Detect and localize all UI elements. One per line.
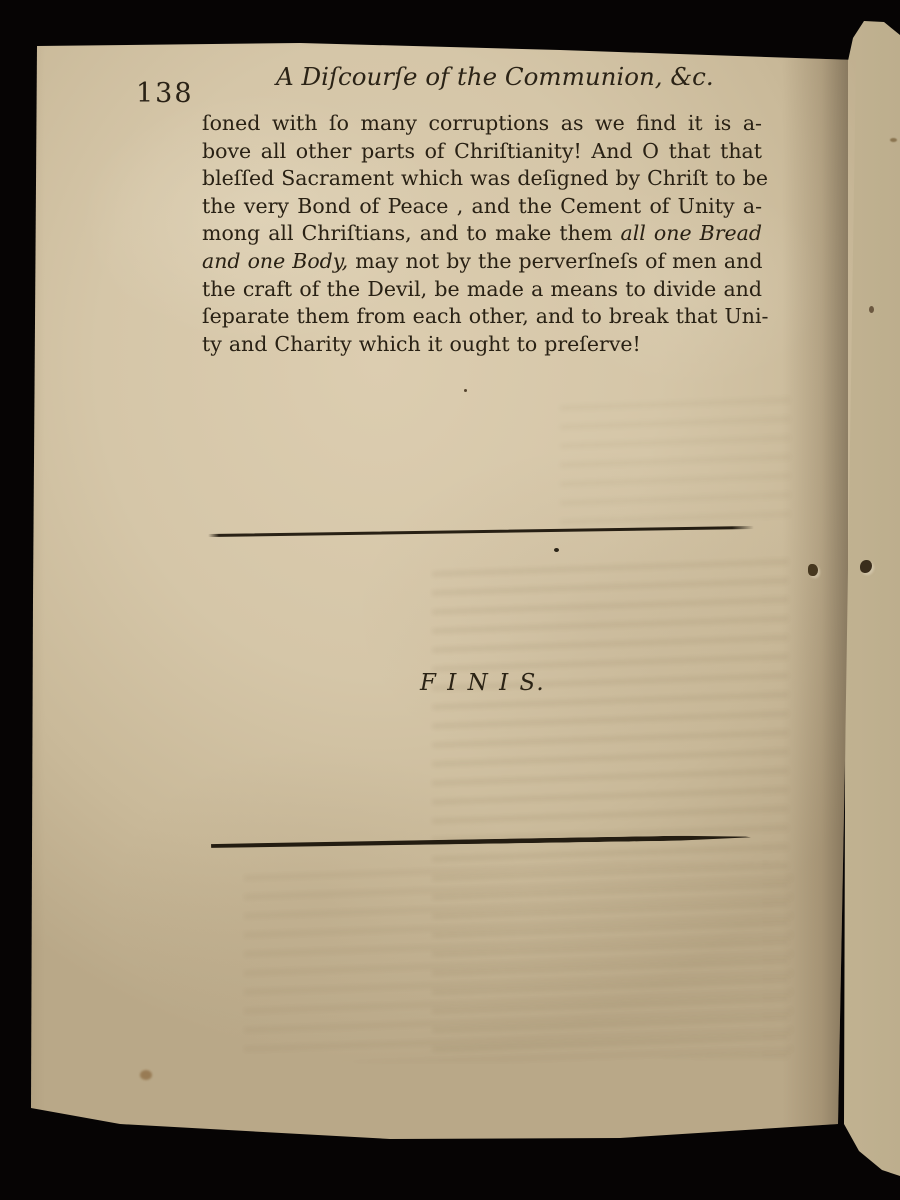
paper-speck	[869, 306, 874, 313]
book-page: 138 A Diſcourſe of the Communion, &c. ſo…	[0, 0, 900, 1200]
running-header: A Diſcourſe of the Communion, &c.	[276, 62, 714, 91]
body-text: the craft of the Devil, be made a means …	[202, 277, 762, 301]
body-text-italic: and one Body,	[202, 249, 348, 273]
show-through-text	[244, 862, 792, 1062]
body-line: the craft of the Devil, be made a means …	[202, 276, 762, 304]
body-text: ty and Charity which it ought to preſerv…	[202, 332, 641, 356]
body-text-italic: all one Bread	[620, 221, 762, 245]
body-text: ſeparate them from each other, and to br…	[202, 304, 769, 328]
book-photograph: 138 A Diſcourſe of the Communion, &c. ſo…	[0, 0, 900, 1200]
finis-label: F I N I S.	[420, 670, 546, 696]
body-line: ty and Charity which it ought to preſerv…	[202, 331, 762, 359]
body-text: mong all Chriſtians, and to make them	[202, 221, 620, 245]
body-paragraph: ſoned with ſo many corruptions as we fin…	[202, 110, 762, 358]
page-number: 138	[136, 78, 194, 109]
body-line: ſeparate them from each other, and to br…	[202, 303, 762, 331]
show-through-text	[560, 392, 790, 527]
body-text: bove all other parts of Chriſtianity! An…	[202, 139, 762, 163]
body-line: and one Body, may not by the perverſneſs…	[202, 248, 762, 276]
paper-speck	[464, 389, 467, 392]
body-text: the very Bond of Peace , and the Cement …	[202, 194, 762, 218]
wormhole	[808, 564, 818, 576]
body-line: the very Bond of Peace , and the Cement …	[202, 193, 762, 221]
paper-stain	[140, 1070, 152, 1080]
paper-speck	[890, 138, 897, 142]
body-line: ſoned with ſo many corruptions as we fin…	[202, 110, 762, 138]
body-line: mong all Chriſtians, and to make them al…	[202, 220, 762, 248]
body-line: bleſſed Sacrament which was deſigned by …	[202, 165, 762, 193]
body-line: bove all other parts of Chriſtianity! An…	[202, 138, 762, 166]
gutter-shadow	[782, 50, 848, 1130]
ink-dot	[554, 548, 559, 552]
body-text: bleſſed Sacrament which was deſigned by …	[202, 166, 768, 190]
body-text: ſoned with ſo many corruptions as we fin…	[202, 111, 762, 135]
body-text: may not by the perverſneſs of men and	[348, 249, 762, 273]
